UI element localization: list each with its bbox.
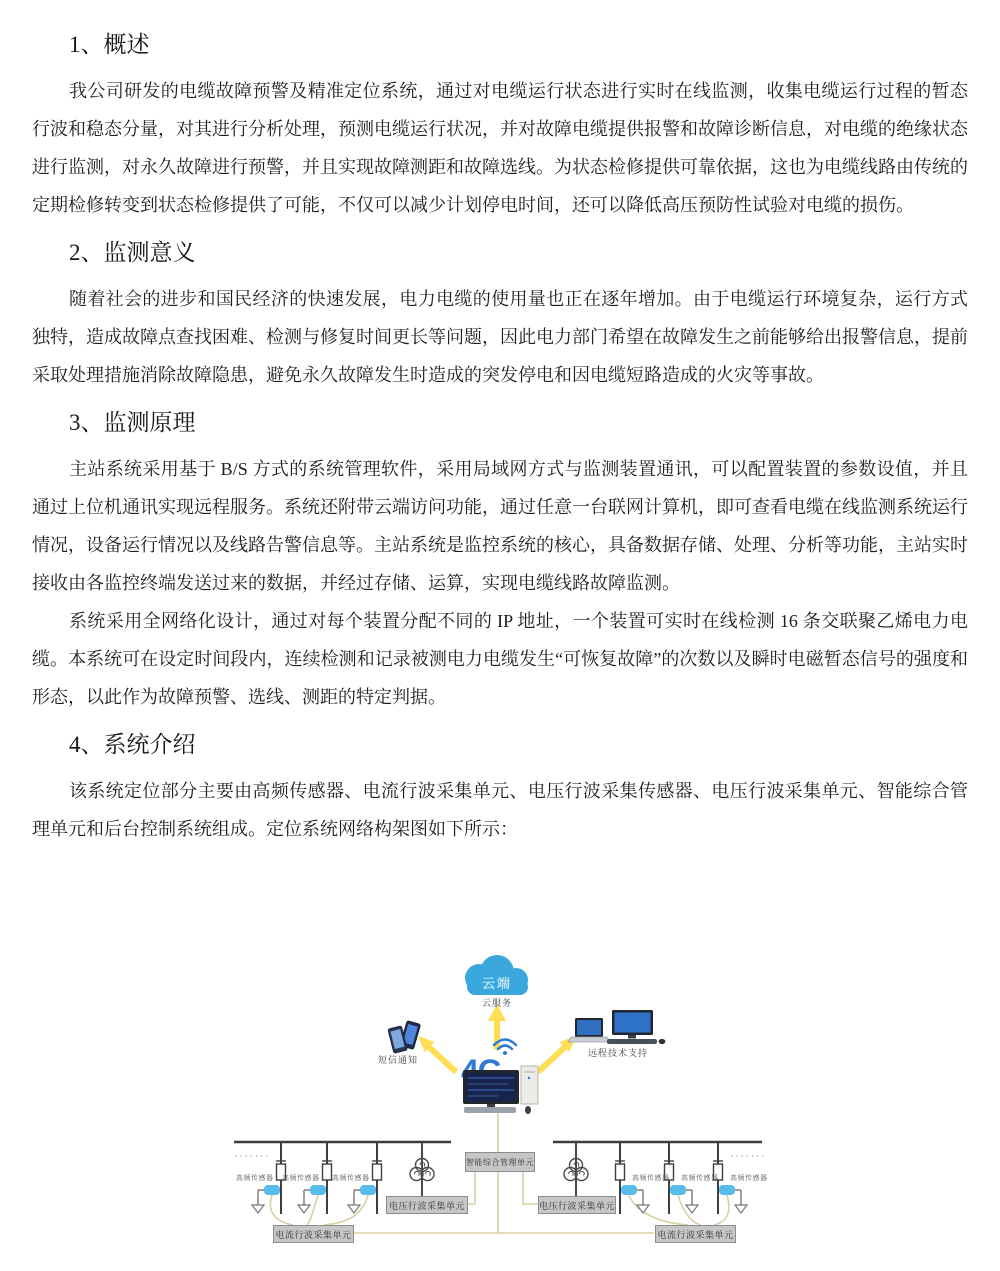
transformer-icon (410, 1142, 434, 1196)
diagram-graphics: 4G (0, 946, 1000, 1271)
paragraph-overview: 我公司研发的电缆故障预警及精准定位系统，通过对电缆运行状态进行实时在线监测，收集… (32, 72, 968, 224)
phone-icon (388, 1021, 421, 1054)
cloud-label: 云端 (467, 973, 527, 992)
hf-sensor-label: 高频传感器 (632, 1173, 668, 1183)
paragraph-principle-2: 系统采用全网络化设计，通过对每个装置分配不同的 IP 地址，一个装置可实时在线检… (32, 602, 968, 716)
ellipsis-right: ······· (726, 1150, 770, 1162)
paragraph-introduction: 该系统定位部分主要由高频传感器、电流行波采集单元、电压行波采集传感器、电压行波采… (32, 772, 968, 848)
laptop-icon (568, 1018, 610, 1042)
section-heading-overview: 1、概述 (32, 30, 968, 60)
paragraph-significance: 随着社会的进步和国民经济的快速发展，电力电缆的使用量也正在逐年增加。由于电缆运行… (32, 280, 968, 394)
management-unit-box: 智能综合管理单元 (465, 1152, 535, 1172)
ellipsis-left: ······· (230, 1150, 274, 1162)
hf-sensor-label: 高频传感器 (681, 1173, 717, 1183)
section-heading-principle: 3、监测原理 (32, 408, 968, 438)
section-heading-introduction: 4、系统介绍 (32, 730, 968, 760)
paragraph-principle-1: 主站系统采用基于 B/S 方式的系统管理软件，采用局域网方式与监测装置通讯，可以… (32, 450, 968, 602)
document-page: { "article": { "sections": [ { "heading"… (0, 0, 1000, 1271)
desktop-icon (607, 1010, 665, 1044)
remote-support-label: 远程技术支持 (578, 1046, 658, 1059)
cloud-service-label: 云服务 (457, 996, 537, 1009)
hf-sensor-label: 高频传感器 (236, 1173, 272, 1183)
voltage-unit-box-left: 电压行波采集单元 (386, 1196, 468, 1214)
sms-notification-label: 短信通知 (368, 1053, 428, 1066)
current-unit-box-left: 电流行波采集单元 (273, 1225, 354, 1243)
voltage-unit-box-right: 电压行波采集单元 (538, 1196, 616, 1214)
transformer-icon (564, 1142, 588, 1196)
document-body: 1、概述 我公司研发的电缆故障预警及精准定位系统，通过对电缆运行状态进行实时在线… (0, 0, 1000, 848)
network-architecture-diagram: 4G (0, 946, 1000, 1271)
hf-sensor-label: 高频传感器 (730, 1173, 766, 1183)
current-unit-box-right: 电流行波采集单元 (655, 1225, 736, 1243)
section-heading-significance: 2、监测意义 (32, 238, 968, 268)
hf-sensor-label: 高频传感器 (332, 1173, 368, 1183)
hf-sensor-label: 高频传感器 (282, 1173, 318, 1183)
workstation-icon (463, 1066, 538, 1114)
